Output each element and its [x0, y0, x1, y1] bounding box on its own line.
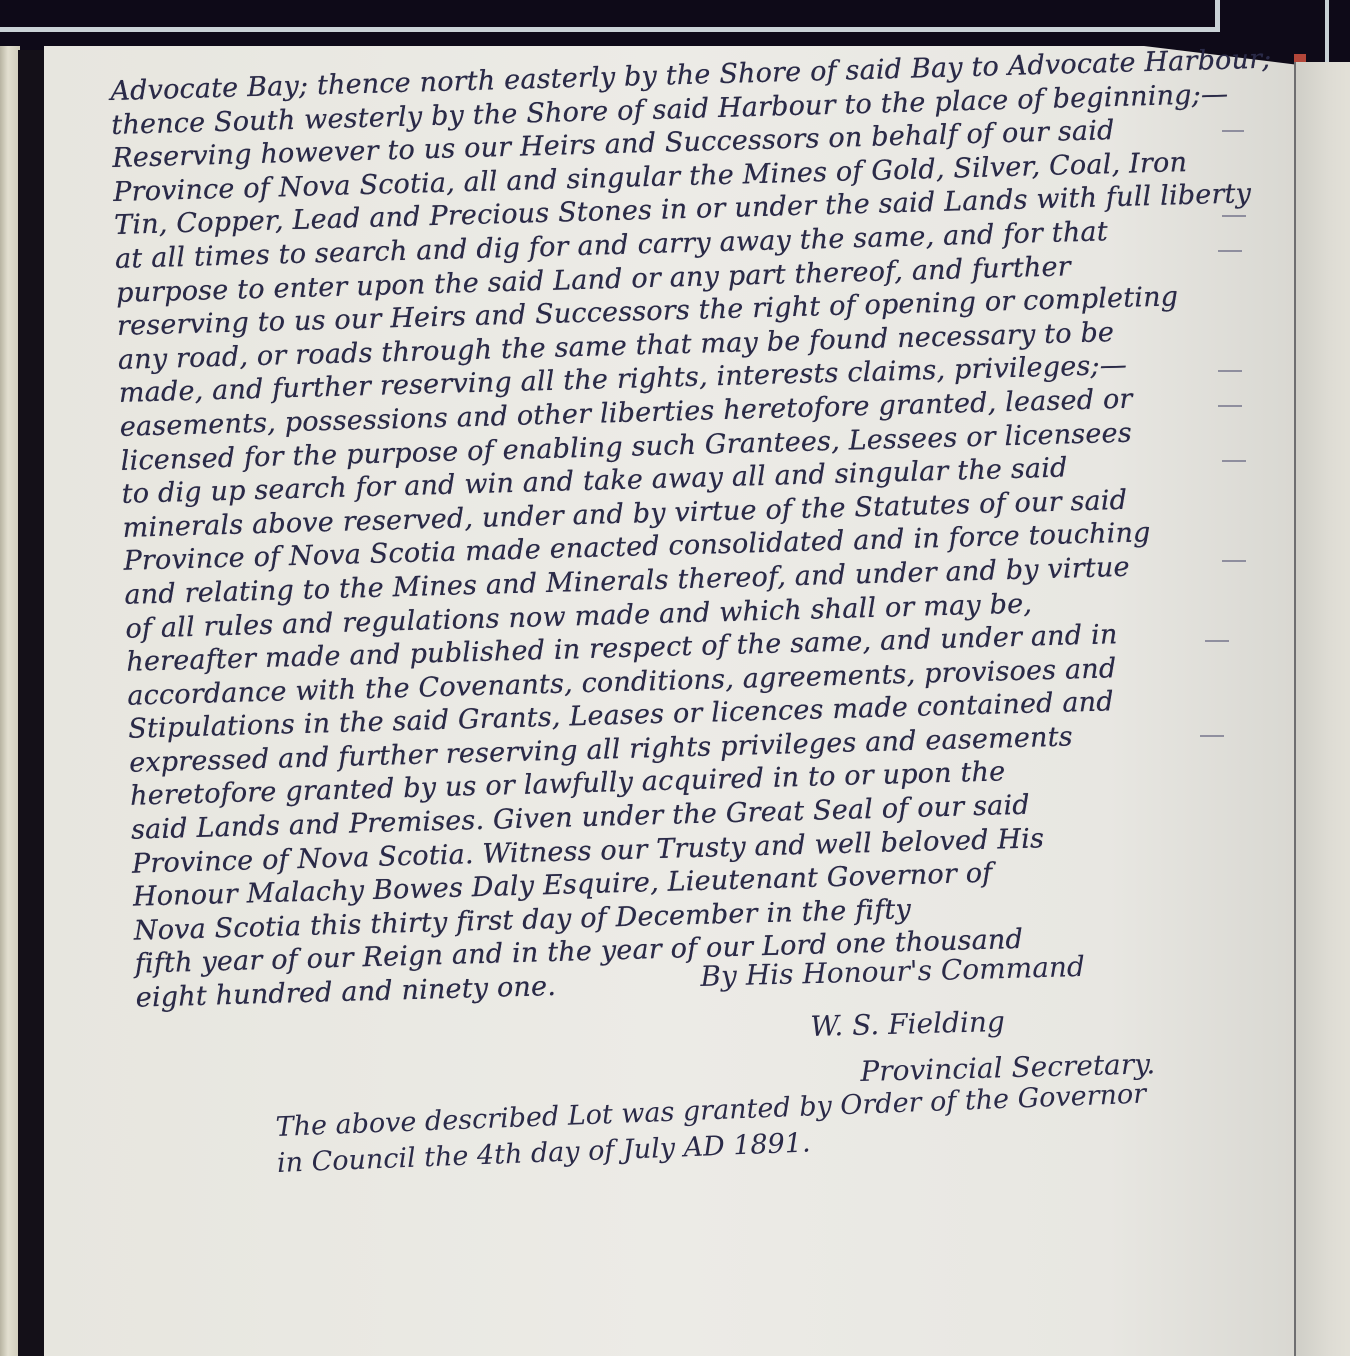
line-fill-dash: [1222, 130, 1244, 132]
line-fill-dash: [1222, 460, 1246, 462]
backdrop-trim-right: [1325, 0, 1329, 62]
line-fill-dash: [1222, 560, 1246, 562]
line-fill-dash: [1222, 215, 1246, 217]
backdrop-trim-vertical: [1215, 0, 1220, 32]
book-binding-strip: [18, 50, 44, 1356]
line-fill-dash: [1200, 735, 1224, 737]
line-fill-dash: [1218, 370, 1242, 372]
page-stack-edge: [0, 46, 20, 1356]
backdrop-trim-horizontal: [0, 27, 1218, 32]
signature-name: W. S. Fielding: [810, 1005, 1005, 1043]
line-fill-dash: [1205, 640, 1229, 642]
facing-page-edge: [1294, 62, 1350, 1356]
grant-body-text: Advocate Bay; thence north easterly by t…: [110, 43, 1276, 1015]
line-fill-dash: [1218, 405, 1242, 407]
line-fill-dash: [1218, 250, 1242, 252]
